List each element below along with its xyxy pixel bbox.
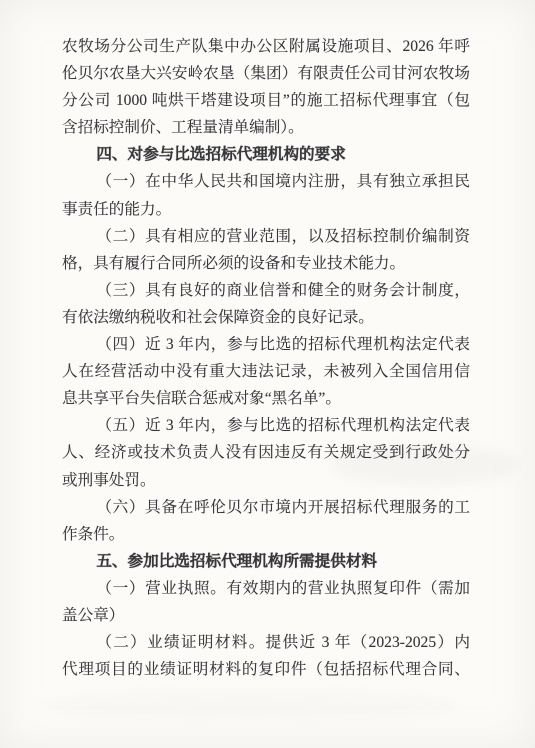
text-line: 盖公章） <box>62 602 470 629</box>
text-line: （四）近 3 年内，参与比选的招标代理机构法定代表 <box>62 331 470 358</box>
document-page: 农牧场分公司生产队集中办公区附属设施项目、2026 年呼伦贝尔农垦大兴安岭农垦（… <box>0 0 535 748</box>
text-line: （一）营业执照。有效期内的营业执照复印件（需加 <box>62 575 470 602</box>
scan-artifact <box>40 690 460 720</box>
text-line: （六）具备在呼伦贝尔市境内开展招标代理服务的工 <box>62 494 470 521</box>
text-line: 分公司 1000 吨烘干塔建设项目”的施工招标代理事宜（包 <box>62 87 470 114</box>
text-line: 代理项目的业绩证明材料的复印件（包括招标代理合同、 <box>62 656 470 683</box>
text-line: （五）近 3 年内，参与比选的招标代理机构法定代表 <box>62 412 470 439</box>
text-line: 含招标控制价、工程量清单编制）。 <box>62 114 470 141</box>
text-line: 作条件。 <box>62 521 470 548</box>
text-line: （三）具有良好的商业信誉和健全的财务会计制度， <box>62 277 470 304</box>
document-body: 农牧场分公司生产队集中办公区附属设施项目、2026 年呼伦贝尔农垦大兴安岭农垦（… <box>62 33 470 683</box>
section-heading: 四、对参与比选招标代理机构的要求 <box>62 141 470 168</box>
text-line: 伦贝尔农垦大兴安岭农垦（集团）有限责任公司甘河农牧场 <box>62 60 470 87</box>
text-line: （二）业绩证明材料。提供近 3 年（2023-2025）内 <box>62 629 470 656</box>
text-line: （二）具有相应的营业范围，以及招标控制价编制资 <box>62 223 470 250</box>
text-line: （一）在中华人民共和国境内注册，具有独立承担民 <box>62 168 470 195</box>
section-heading: 五、参加比选招标代理机构所需提供材料 <box>62 548 470 575</box>
text-line: 息共享平台失信联合惩戒对象“黑名单”。 <box>62 385 470 412</box>
text-line: 格，具有履行合同所必须的设备和专业技术能力。 <box>62 250 470 277</box>
text-line: 农牧场分公司生产队集中办公区附属设施项目、2026 年呼 <box>62 33 470 60</box>
text-line: 人、经济或技术负责人没有因违反有关规定受到行政处分 <box>62 439 470 466</box>
text-line: 人在经营活动中没有重大违法记录，未被列入全国信用信 <box>62 358 470 385</box>
text-line: 有依法缴纳税收和社会保障资金的良好记录。 <box>62 304 470 331</box>
text-line: 或刑事处罚。 <box>62 467 470 494</box>
text-line: 事责任的能力。 <box>62 196 470 223</box>
